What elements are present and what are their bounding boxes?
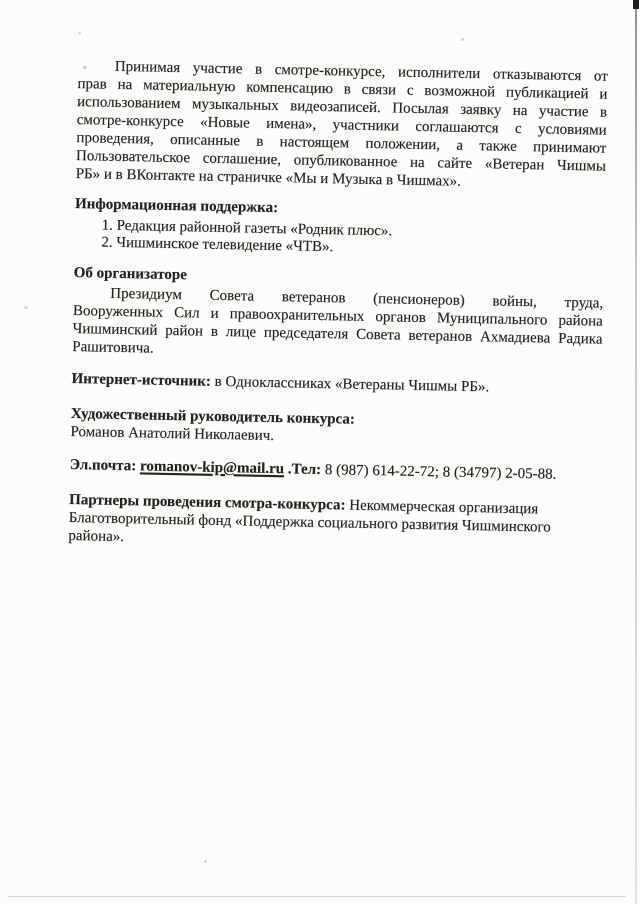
tel-label: .Тел: [284,461,325,478]
internet-source-line: Интернет-источник: в Одноклассниках «Вет… [71,370,601,399]
scan-bottom-edge-line [8,896,626,897]
phone-numbers: 8 (987) 614-22-72; 8 (34797) 2-05-88. [325,462,557,483]
scan-speck [204,860,207,863]
scan-speck [78,32,81,34]
intro-paragraph: Принимая участие в смотре-конкурсе, испо… [75,57,607,194]
scan-edge-line [635,0,637,904]
info-support-list: 1. Редакция районной газеты «Родник плюс… [74,217,605,262]
scan-speck [461,38,464,41]
partners-paragraph: Партнеры проведения смотра-конкурса: Нек… [68,491,599,556]
scan-speck [24,306,28,309]
contact-line: Эл.почта: romanov-kip@mail.ru .Тел: 8 (9… [70,456,600,485]
document-content: Принимая участие в смотре-конкурсе, испо… [68,57,608,556]
internet-source-label: Интернет-источник: [71,371,211,390]
email-label: Эл.почта: [70,457,140,474]
scanned-document-page: Принимая участие в смотре-конкурсе, испо… [0,0,640,904]
organizer-paragraph: Президиум Совета ветеранов (пенсионеров)… [72,284,603,367]
email-link: romanov-kip@mail.ru [140,458,284,477]
scan-corner-mark [633,0,639,9]
internet-source-text: в Одноклассниках «Ветераны Чишмы РБ». [211,374,490,396]
